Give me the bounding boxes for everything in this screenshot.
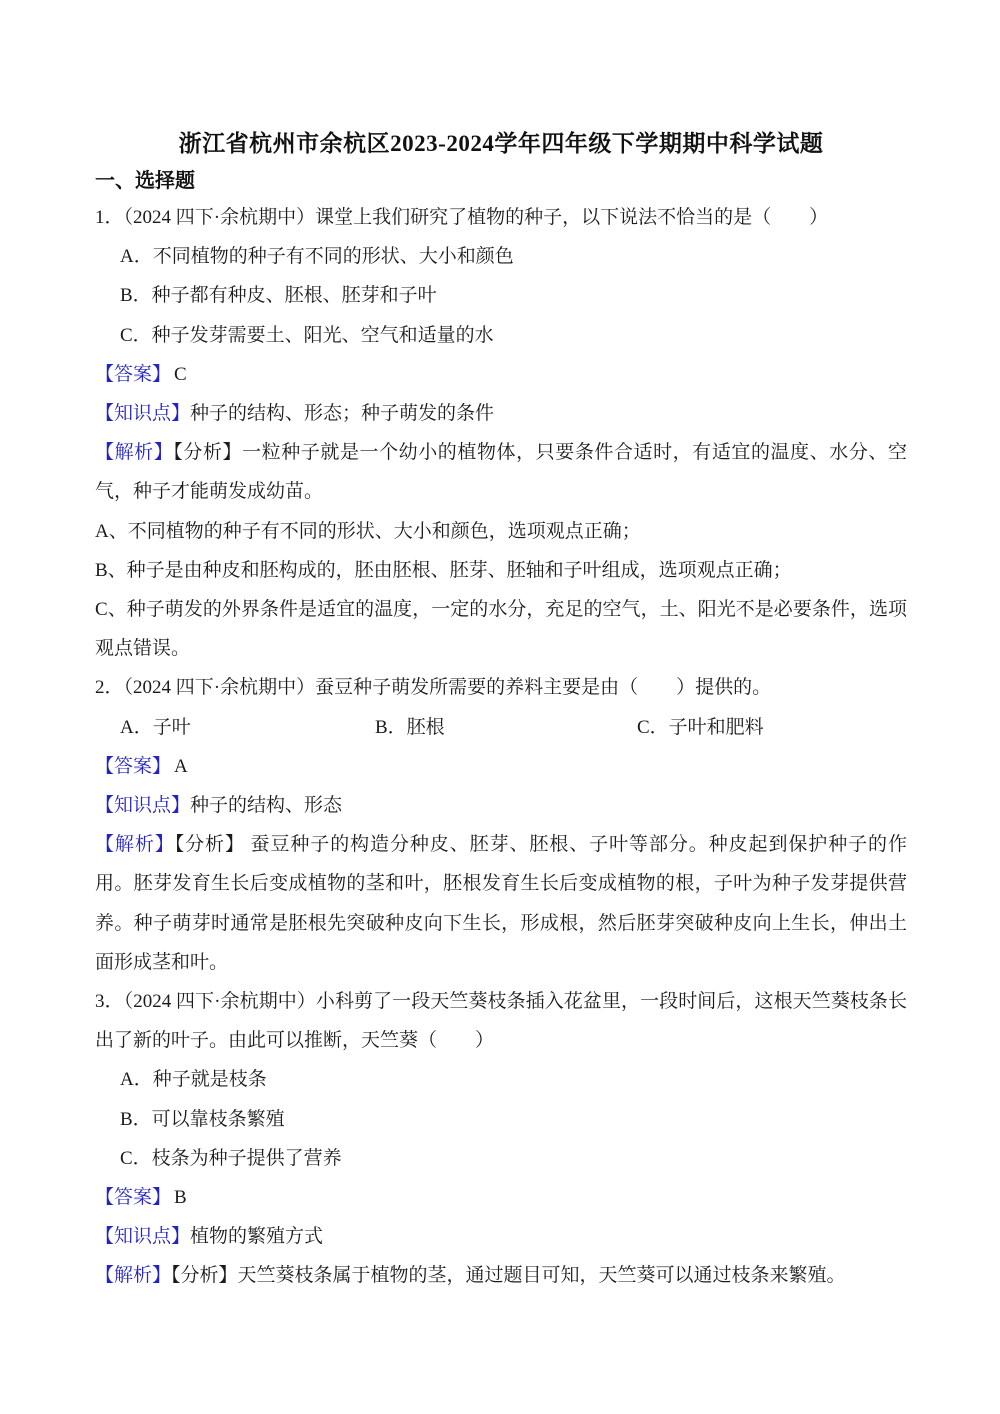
question-1-analysis-point-a: A、不同植物的种子有不同的形状、大小和颜色，选项观点正确； bbox=[95, 512, 907, 551]
question-2-stem: 2．（2024 四下·余杭期中）蚕豆种子萌发所需要的养料主要是由（ ）提供的。 bbox=[95, 668, 907, 707]
answer-label: 【答案】 bbox=[95, 364, 171, 385]
knowledge-point-label: 【知识点】 bbox=[95, 403, 190, 424]
question-2-answer: A bbox=[174, 756, 188, 777]
document-title: 浙江省杭州市余杭区2023-2024学年四年级下学期期中科学试题 bbox=[95, 128, 907, 160]
knowledge-point-label: 【知识点】 bbox=[95, 1226, 190, 1247]
answer-label: 【答案】 bbox=[95, 756, 171, 777]
question-1-option-a: A．不同植物的种子有不同的形状、大小和颜色 bbox=[95, 237, 907, 276]
question-1-answer: C bbox=[174, 364, 187, 385]
question-3-answer-line: 【答案】B bbox=[95, 1178, 907, 1217]
answer-label: 【答案】 bbox=[95, 1187, 171, 1208]
question-3-option-a: A．种子就是枝条 bbox=[95, 1060, 907, 1099]
question-2-option-a: A．子叶 bbox=[120, 708, 375, 747]
question-1-analysis-intro: 【分析】一粒种子就是一个幼小的植物体，只要条件合适时，有适宜的温度、水分、空气，… bbox=[95, 442, 907, 502]
question-3-analysis-intro: 【分析】天竺葵枝条属于植物的茎，通过题目可知，天竺葵可以通过枝条来繁殖。 bbox=[171, 1265, 846, 1286]
question-3-knowledge-point: 植物的繁殖方式 bbox=[190, 1226, 323, 1247]
question-2-options-row: A．子叶 B．胚根 C．子叶和肥料 bbox=[95, 708, 907, 747]
question-1-option-c: C．种子发芽需要土、阳光、空气和适量的水 bbox=[95, 316, 907, 355]
question-3-answer: B bbox=[174, 1187, 187, 1208]
question-2-knowledge-point: 种子的结构、形态 bbox=[190, 795, 342, 816]
question-2: 2．（2024 四下·余杭期中）蚕豆种子萌发所需要的养料主要是由（ ）提供的。 … bbox=[95, 668, 907, 982]
question-3-knowledge-line: 【知识点】植物的繁殖方式 bbox=[95, 1217, 907, 1256]
question-3-option-c: C．枝条为种子提供了营养 bbox=[95, 1139, 907, 1178]
question-1-option-b: B．种子都有种皮、胚根、胚芽和子叶 bbox=[95, 276, 907, 315]
question-2-knowledge-line: 【知识点】种子的结构、形态 bbox=[95, 786, 907, 825]
question-1-stem: 1．（2024 四下·余杭期中）课堂上我们研究了植物的种子，以下说法不恰当的是（… bbox=[95, 198, 907, 237]
question-1-knowledge-point: 种子的结构、形态；种子萌发的条件 bbox=[190, 403, 494, 424]
analysis-label: 【解析】 bbox=[95, 834, 175, 855]
analysis-label: 【解析】 bbox=[95, 1265, 171, 1286]
section-heading: 一、选择题 bbox=[95, 164, 907, 198]
question-2-analysis-line: 【解析】【分析】 蚕豆种子的构造分种皮、胚芽、胚根、子叶等部分。种皮起到保护种子… bbox=[95, 825, 907, 982]
analysis-label: 【解析】 bbox=[95, 442, 173, 463]
question-1-knowledge-line: 【知识点】种子的结构、形态；种子萌发的条件 bbox=[95, 394, 907, 433]
question-1-answer-line: 【答案】C bbox=[95, 355, 907, 394]
question-1: 1．（2024 四下·余杭期中）课堂上我们研究了植物的种子，以下说法不恰当的是（… bbox=[95, 198, 907, 668]
question-1-analysis-line: 【解析】【分析】一粒种子就是一个幼小的植物体，只要条件合适时，有适宜的温度、水分… bbox=[95, 433, 907, 511]
question-3-option-b: B．可以靠枝条繁殖 bbox=[95, 1100, 907, 1139]
question-2-option-b: B．胚根 bbox=[375, 708, 637, 747]
question-2-answer-line: 【答案】A bbox=[95, 747, 907, 786]
question-2-option-c: C．子叶和肥料 bbox=[637, 708, 764, 747]
question-1-analysis-point-c: C、种子萌发的外界条件是适宜的温度，一定的水分，充足的空气，土、阳光不是必要条件… bbox=[95, 590, 907, 668]
document-page: 浙江省杭州市余杭区2023-2024学年四年级下学期期中科学试题 一、选择题 1… bbox=[0, 0, 1000, 1414]
question-2-analysis-intro: 【分析】 蚕豆种子的构造分种皮、胚芽、胚根、子叶等部分。种皮起到保护种子的作用。… bbox=[95, 834, 907, 973]
question-3: 3．（2024 四下·余杭期中）小科剪了一段天竺葵枝条插入花盆里，一段时间后，这… bbox=[95, 982, 907, 1296]
question-3-analysis-line: 【解析】【分析】天竺葵枝条属于植物的茎，通过题目可知，天竺葵可以通过枝条来繁殖。 bbox=[95, 1256, 907, 1295]
question-1-analysis-point-b: B、种子是由种皮和胚构成的，胚由胚根、胚芽、胚轴和子叶组成，选项观点正确； bbox=[95, 551, 907, 590]
question-3-stem: 3．（2024 四下·余杭期中）小科剪了一段天竺葵枝条插入花盆里，一段时间后，这… bbox=[95, 982, 907, 1060]
knowledge-point-label: 【知识点】 bbox=[95, 795, 190, 816]
